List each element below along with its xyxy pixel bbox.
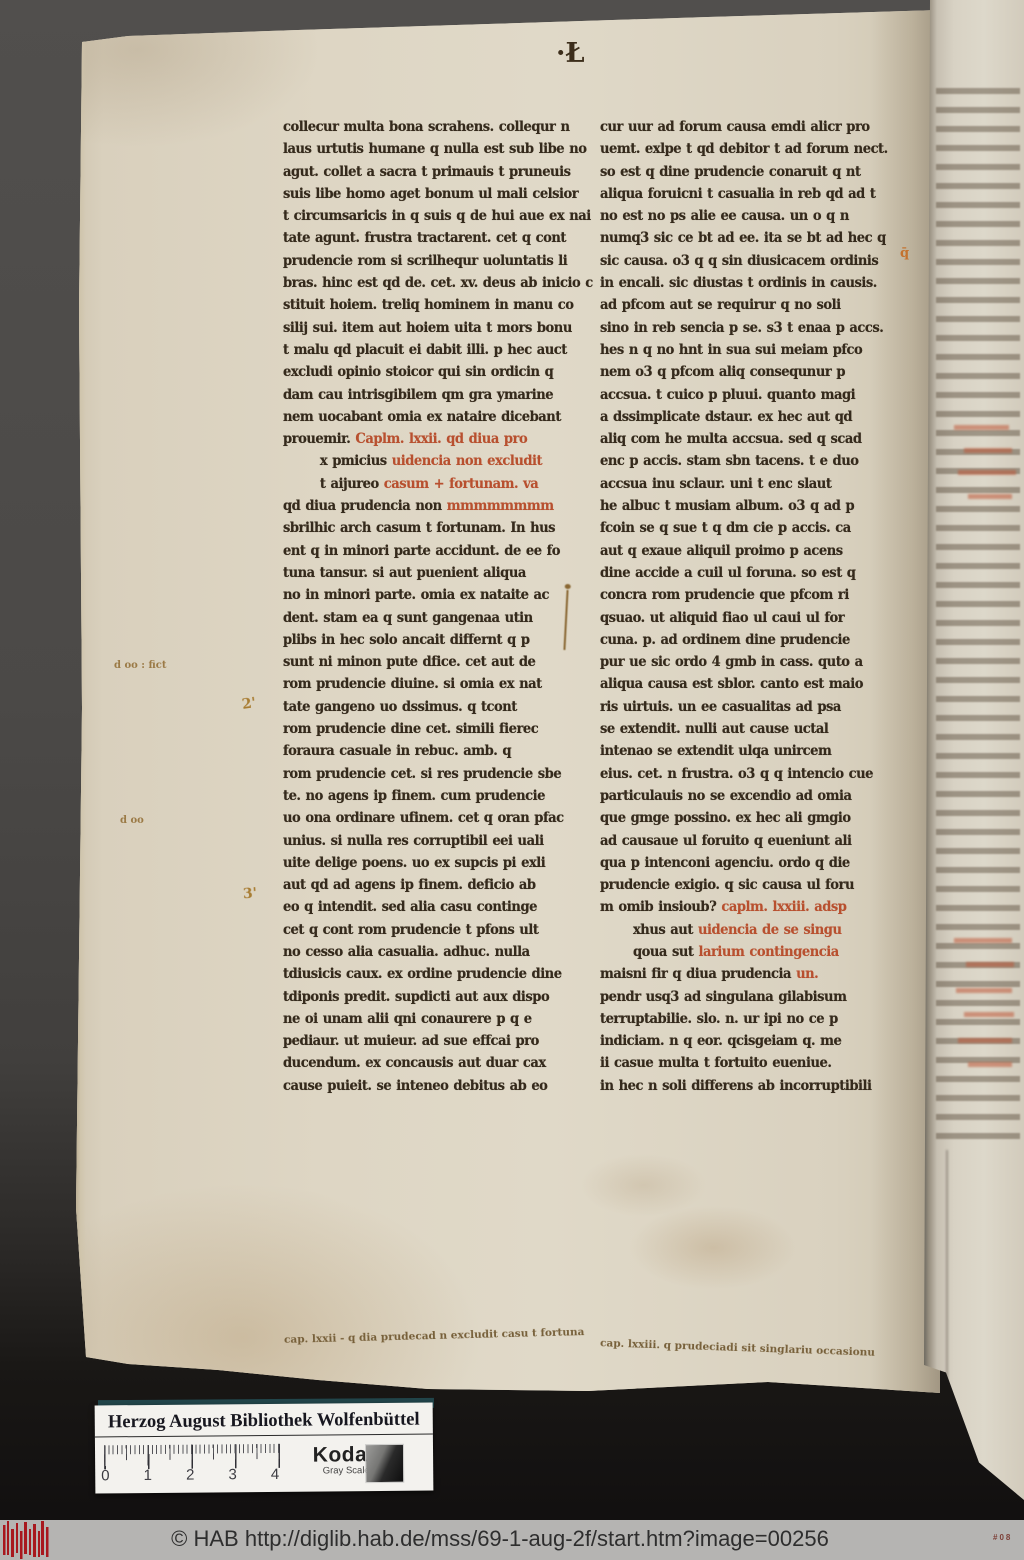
manuscript-text-line: rom prudencie dine cet. simili fierec — [283, 718, 566, 740]
ruler-numbers: 01234 — [101, 1466, 279, 1485]
library-name: Herzog August Bibliothek Wolfenbüttel — [95, 1410, 433, 1438]
manuscript-text-line: prudencie exigio. q sic causa ul foru — [600, 874, 903, 896]
bleedthrough-red-marks — [956, 988, 1012, 993]
manuscript-text-line: t circumsaricis in q suis q de hui aue e… — [283, 205, 566, 227]
manuscript-text-line: dam cau intrisgibilem qm gra ymarine — [283, 384, 566, 406]
manuscript-text-line: suis libe homo aget bonum ul mali celsio… — [283, 183, 566, 205]
manuscript-text-line: no in minori parte. omia ex nataite ac — [283, 584, 566, 606]
manuscript-text-line: t malu qd placuit ei dabit illi. p hec a… — [283, 339, 566, 361]
manuscript-text-line: accsua. t cuico p pluui. quanto magi — [600, 384, 903, 406]
manuscript-text-line: agut. collet a sacra t primauis t pruneu… — [283, 161, 566, 183]
manuscript-text-line: qsuao. ut aliquid fiao ul caui ul for — [600, 607, 903, 629]
manuscript-text-line: terruptabilie. slo. n. ur ipi no ce p — [600, 1008, 903, 1030]
manuscript-text-line: tuna tansur. si aut puenient aliqua — [283, 562, 566, 584]
manuscript-text-line: pendr usq3 ad singulana gilabisum — [600, 986, 903, 1008]
manuscript-text-line: laus urtutis humane q nulla est sub libe… — [283, 138, 566, 160]
manuscript-text-line: sunt ni minon pute dfice. cet aut de — [283, 651, 566, 673]
margin-note: 3' — [242, 886, 257, 903]
manuscript-text-line: silij sui. item aut hoiem uita t mors bo… — [283, 317, 566, 339]
manuscript-text-line: sbrilhic arch casum t fortunam. In hus — [283, 517, 566, 539]
manuscript-text-line: qua p intenconi agenciu. ordo q die — [600, 852, 903, 874]
bleedthrough-red-marks — [958, 1038, 1012, 1043]
manuscript-text-line: plibs in hec solo ancait differnt q p — [283, 629, 566, 651]
library-label-card: Herzog August Bibliothek Wolfenbüttel 01… — [95, 1403, 434, 1494]
manuscript-text-line: ii casue multa t fortuito eueniue. — [600, 1052, 903, 1074]
facing-page-edge — [924, 0, 1024, 1500]
manuscript-text-line: aut qd ad agens ip finem. deficio ab — [283, 874, 566, 896]
manuscript-text-line: maisni fir q diua prudencia un. — [600, 963, 903, 985]
manuscript-text-line: uo ona ordinare ufinem. cet q oran pfac — [283, 807, 566, 829]
manuscript-text-line: te. no agens ip finem. cum prudencie — [283, 785, 566, 807]
manuscript-text-line: m omib insioub? caplm. lxxiii. adsp — [600, 896, 903, 918]
manuscript-text-line: tdiponis predit. supdicti aut aux dispo — [283, 986, 566, 1008]
manuscript-text-line: hes n q no hnt in sua sui meiam pfco — [600, 339, 903, 361]
bleedthrough-red-marks — [954, 425, 1009, 430]
ruler-number: 4 — [271, 1466, 279, 1483]
manuscript-text-line: so est q dine prudencie conaruit q nt — [600, 161, 903, 183]
bleedthrough-red-marks — [968, 1062, 1012, 1067]
manuscript-text-line: aliqua causa est sblor. canto est maio — [600, 673, 903, 695]
manuscript-text-line: que gmge possino. ex hec ali gmgio — [600, 807, 903, 829]
page-edge-stack — [76, 38, 86, 1363]
ruler-number: 1 — [144, 1467, 152, 1484]
manuscript-text-line: uite delige poens. uo ex supcis pi exli — [283, 852, 566, 874]
manuscript-text-line: tate agunt. frustra tractarent. cet q co… — [283, 227, 566, 249]
bleedthrough-red-marks — [966, 962, 1014, 967]
manuscript-text-line: particulauis no se excendio ad omia — [600, 785, 903, 807]
manuscript-text-line: pediaur. ut muieur. ad sue effcai pro — [283, 1030, 566, 1052]
margin-note: cap. lxxii - q dia prudecad n excludit c… — [284, 1326, 585, 1346]
frame-number: #08 — [993, 1533, 1012, 1542]
manuscript-text-line: he albuc t musiam album. o3 q ad p — [600, 495, 903, 517]
manuscript-text-line: enc p accis. stam sbn tacens. t e duo — [600, 450, 903, 472]
manuscript-text-line: cur uur ad forum causa emdi alicr pro — [600, 116, 903, 138]
manuscript-text-line: uemt. exlpe t qd debitor t ad forum nect… — [600, 138, 903, 160]
text-column-right: cur uur ad forum causa emdi alicr prouem… — [600, 116, 903, 1097]
manuscript-text-line: intenao se extendit ulqa unircem — [600, 740, 903, 762]
manuscript-text-line: ris uirtuis. un ee casualitas ad psa — [600, 696, 903, 718]
manuscript-text-line: se extendit. nulli aut cause uctal — [600, 718, 903, 740]
manuscript-text-line: tdiusicis caux. ex ordine prudencie dine — [283, 963, 566, 985]
manuscript-text-line: cet q cont rom prudencie t pfons ult — [283, 919, 566, 941]
manuscript-text-line: unius. si nulla res corruptibil eei uali — [283, 830, 566, 852]
manuscript-text-line: ad causaue ul foruito q eueniunt ali — [600, 830, 903, 852]
manuscript-text-line: cause puieit. se inteneo debitus ab eo — [283, 1075, 566, 1097]
manuscript-text-line: prudencie rom si scrilhequr uoluntatis l… — [283, 250, 566, 272]
manuscript-text-line: foraura casuale in rebuc. amb. q — [283, 740, 566, 762]
folio-signature-mark: ·Ł — [556, 38, 585, 69]
manuscript-text-line: dent. stam ea q sunt gangenaa utin — [283, 607, 566, 629]
manuscript-text-line: in encali. sic diustas t ordinis in caus… — [600, 272, 903, 294]
manuscript-text-line: fcoin se q sue t q dm cie p accis. ca — [600, 517, 903, 539]
manuscript-text-line: stituit hoiem. treliq hominem in manu co — [283, 294, 566, 316]
manuscript-text-line: eius. cet. n frustra. o3 q q intencio cu… — [600, 763, 903, 785]
grayscale-patch — [365, 1444, 404, 1483]
manuscript-text-line: no cesso alia casualia. adhuc. nulla — [283, 941, 566, 963]
manuscript-text-line: accsua inu sclaur. uni t enc slaut — [600, 473, 903, 495]
page-fold-line — [946, 1150, 948, 1450]
manuscript-text-line: ne oi unam alii qni conaurere p q e — [283, 1008, 566, 1030]
manuscript-text-line: dine accide a cuil ul foruna. so est q — [600, 562, 903, 584]
manuscript-text-line: excludi opinio stoicor qui sin ordicin q — [283, 361, 566, 383]
manuscript-text-line: aut q exaue aliquil proimo p acens — [600, 540, 903, 562]
manuscript-text-line: nem uocabant omia ex nataire dicebant — [283, 406, 566, 428]
bleedthrough-red-marks — [964, 1012, 1014, 1017]
manuscript-text-line: aliqua foruicni t casualia in reb qd ad … — [600, 183, 903, 205]
manuscript-text-line: ent q in minori parte accidunt. de ee fo — [283, 540, 566, 562]
bleedthrough-red-marks — [968, 494, 1012, 499]
bleedthrough-red-marks — [954, 938, 1012, 943]
copyright-url: © HAB http://diglib.hab.de/mss/69-1-aug-… — [0, 1526, 1000, 1552]
manuscript-text-line: in hec n soli differens ab incorruptibil… — [600, 1075, 903, 1097]
manuscript-text-line: aliq com he multa accsua. sed q scad — [600, 428, 903, 450]
manuscript-text-line: qoua sut larium contingencia — [600, 941, 903, 963]
manuscript-text-line: x pmicius uidencia non excludit — [283, 450, 566, 472]
manuscript-text-line: concra rom prudencie que pfcom ri — [600, 584, 903, 606]
margin-note: 2' — [241, 695, 257, 713]
manuscript-text-line: t aijureo casum + fortunam. va — [283, 473, 566, 495]
margin-note: q̄ — [900, 246, 909, 261]
manuscript-text-line: sic causa. o3 q q sin diusicacem ordinis — [600, 250, 903, 272]
margin-note: cap. lxxiii. q prudeciadi sit singlariu … — [600, 1337, 875, 1359]
manuscript-text-line: cuna. p. ad ordinem dine prudencie — [600, 629, 903, 651]
bleedthrough-red-marks — [958, 470, 1016, 475]
ruler-number: 0 — [101, 1467, 109, 1484]
manuscript-text-line: tate gangeno uo dssimus. q tcont — [283, 696, 566, 718]
manuscript-text-line: collecur multa bona scrahens. collequr n — [283, 116, 566, 138]
manuscript-text-line: eo q intendit. sed alia casu continge — [283, 896, 566, 918]
manuscript-text-line: nem o3 q pfcom aliq consequnur p — [600, 361, 903, 383]
text-column-left: collecur multa bona scrahens. collequr n… — [283, 116, 566, 1097]
manuscript-text-line: ad pfcom aut se requirur q no soli — [600, 294, 903, 316]
manuscript-text-line: rom prudencie cet. si res prudencie sbe — [283, 763, 566, 785]
manuscript-text-line: ducendum. ex concausis aut duar cax — [283, 1052, 566, 1074]
digitized-manuscript-viewer: { "page": { "signature_mark": "\u00b7\u0… — [0, 0, 1024, 1560]
footer-bar: © HAB http://diglib.hab.de/mss/69-1-aug-… — [0, 1520, 1024, 1560]
margin-note: d oo — [120, 815, 144, 826]
manuscript-text-line: prouemir. Caplm. lxxii. qd diua pro — [283, 428, 566, 450]
manuscript-text-line: sino in reb sencia p se. s3 t enaa p acc… — [600, 317, 903, 339]
bleedthrough-red-marks — [964, 448, 1012, 453]
margin-note: d oo : fict — [114, 660, 166, 671]
manuscript-text-line: bras. hinc est qd de. cet. xv. deus ab i… — [283, 272, 566, 294]
manuscript-text-line: a dssimplicate dstaur. ex hec aut qd — [600, 406, 903, 428]
manuscript-page: ·Ł collecur multa bona scrahens. collequ… — [68, 8, 940, 1393]
manuscript-text-line: rom prudencie diuine. si omia ex nat — [283, 673, 566, 695]
manuscript-text-line: pur ue sic ordo 4 gmb in cass. quto a — [600, 651, 903, 673]
manuscript-text-line: qd diua prudencia non mmmmmmmm — [283, 495, 566, 517]
ruler-number: 2 — [186, 1467, 194, 1484]
manuscript-text-line: no est no ps alie ee causa. un o q n — [600, 205, 903, 227]
manuscript-text-line: indiciam. n q eor. qcisgeiam q. me — [600, 1030, 903, 1052]
manuscript-text-line: numq3 sic ce bt ad ee. ita se bt ad hec … — [600, 227, 903, 249]
manuscript-text-line: xhus aut uidencia de se singu — [600, 919, 903, 941]
ruler-number: 3 — [228, 1466, 236, 1483]
